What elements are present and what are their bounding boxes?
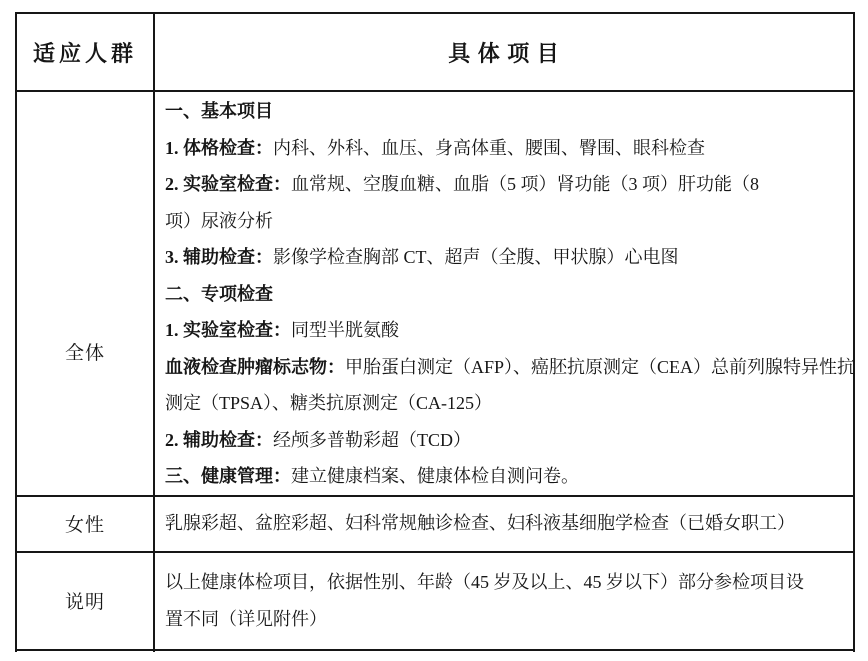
population-cell: 全体 bbox=[16, 91, 154, 496]
text-line: 项）尿液分析 bbox=[165, 203, 843, 240]
items-cell: 一、基本项目1. 体格检查：内科、外科、血压、身高体重、腰围、臀围、眼科检查2.… bbox=[154, 91, 854, 496]
item-value-text: 血常规、空腹血糖、血脂（5 项）肾功能（3 项）肝功能（8 bbox=[291, 174, 759, 194]
population-cell: 说明 bbox=[16, 552, 154, 650]
item-label-text: 1. 实验室检查： bbox=[165, 320, 291, 340]
item-value-text: 甲胎蛋白测定（AFP）、癌胚抗原测定（CEA）总前列腺特异性抗原 bbox=[345, 357, 854, 377]
population-cell: 女性 bbox=[16, 496, 154, 552]
text-line: 一、基本项目 bbox=[165, 93, 843, 130]
header-row: 适应人群 具 体 项 目 bbox=[16, 13, 854, 91]
item-label-text: 一、基本项目 bbox=[165, 101, 273, 121]
text-line: 三、健康管理：建立健康档案、健康体检自测问卷。 bbox=[165, 458, 843, 495]
text-line: 3. 辅助检查：影像学检查胸部 CT、超声（全腹、甲状腺）心电图 bbox=[165, 239, 843, 276]
table-row: 全体一、基本项目1. 体格检查：内科、外科、血压、身高体重、腰围、臀围、眼科检查… bbox=[16, 91, 854, 496]
items-header: 具 体 项 目 bbox=[154, 13, 854, 91]
health-checkup-table: 适应人群 具 体 项 目 全体一、基本项目1. 体格检查：内科、外科、血压、身高… bbox=[15, 12, 855, 651]
text-line: 1. 实验室检查：同型半胱氨酸 bbox=[165, 312, 843, 349]
item-value-text: 影像学检查胸部 CT、超声（全腹、甲状腺）心电图 bbox=[273, 247, 679, 267]
items-cell: 乳腺彩超、盆腔彩超、妇科常规触诊检查、妇科液基细胞学检查（已婚女职工） bbox=[154, 496, 854, 552]
text-line: 二、专项检查 bbox=[165, 276, 843, 313]
item-value-text: 同型半胱氨酸 bbox=[291, 320, 399, 340]
column-divider-stub bbox=[17, 646, 155, 652]
item-value-text: 置不同（详见附件） bbox=[165, 609, 327, 629]
item-value-text: 乳腺彩超、盆腔彩超、妇科常规触诊检查、妇科液基细胞学检查（已婚女职工） bbox=[165, 513, 795, 533]
document-page: 适应人群 具 体 项 目 全体一、基本项目1. 体格检查：内科、外科、血压、身高… bbox=[0, 0, 868, 661]
item-label-text: 二、专项检查 bbox=[165, 284, 273, 304]
population-header: 适应人群 bbox=[16, 13, 154, 91]
item-label-text: 2. 辅助检查： bbox=[165, 430, 273, 450]
text-line: 2. 实验室检查：血常规、空腹血糖、血脂（5 项）肾功能（3 项）肝功能（8 bbox=[165, 166, 843, 203]
item-value-text: 建立健康档案、健康体检自测问卷。 bbox=[291, 466, 579, 486]
text-line: 血液检查肿瘤标志物：甲胎蛋白测定（AFP）、癌胚抗原测定（CEA）总前列腺特异性… bbox=[165, 349, 843, 386]
table-body: 全体一、基本项目1. 体格检查：内科、外科、血压、身高体重、腰围、臀围、眼科检查… bbox=[16, 91, 854, 650]
text-line: 乳腺彩超、盆腔彩超、妇科常规触诊检查、妇科液基细胞学检查（已婚女职工） bbox=[165, 505, 843, 542]
item-label-text: 3. 辅助检查： bbox=[165, 247, 273, 267]
item-value-text: 以上健康体检项目，依据性别、年龄（45 岁及以上、45 岁以下）部分参检项目设 bbox=[165, 572, 804, 592]
item-label-text: 血液检查肿瘤标志物： bbox=[165, 357, 345, 377]
text-line: 2. 辅助检查：经颅多普勒彩超（TCD） bbox=[165, 422, 843, 459]
item-value-text: 内科、外科、血压、身高体重、腰围、臀围、眼科检查 bbox=[273, 138, 705, 158]
table-bottom-stub bbox=[15, 646, 855, 652]
item-value-text: 经颅多普勒彩超（TCD） bbox=[273, 430, 471, 450]
table-row: 女性乳腺彩超、盆腔彩超、妇科常规触诊检查、妇科液基细胞学检查（已婚女职工） bbox=[16, 496, 854, 552]
text-line: 测定（TPSA）、糖类抗原测定（CA-125） bbox=[165, 385, 843, 422]
text-line: 置不同（详见附件） bbox=[165, 601, 843, 638]
text-line: 1. 体格检查：内科、外科、血压、身高体重、腰围、臀围、眼科检查 bbox=[165, 130, 843, 167]
item-label-text: 1. 体格检查： bbox=[165, 138, 273, 158]
item-label-text: 三、健康管理： bbox=[165, 466, 291, 486]
items-cell: 以上健康体检项目，依据性别、年龄（45 岁及以上、45 岁以下）部分参检项目设置… bbox=[154, 552, 854, 650]
item-label-text: 2. 实验室检查： bbox=[165, 174, 291, 194]
text-line: 以上健康体检项目，依据性别、年龄（45 岁及以上、45 岁以下）部分参检项目设 bbox=[165, 564, 843, 601]
item-value-text: 项）尿液分析 bbox=[165, 211, 273, 231]
item-value-text: 测定（TPSA）、糖类抗原测定（CA-125） bbox=[165, 393, 492, 413]
table-row: 说明以上健康体检项目，依据性别、年龄（45 岁及以上、45 岁以下）部分参检项目… bbox=[16, 552, 854, 650]
